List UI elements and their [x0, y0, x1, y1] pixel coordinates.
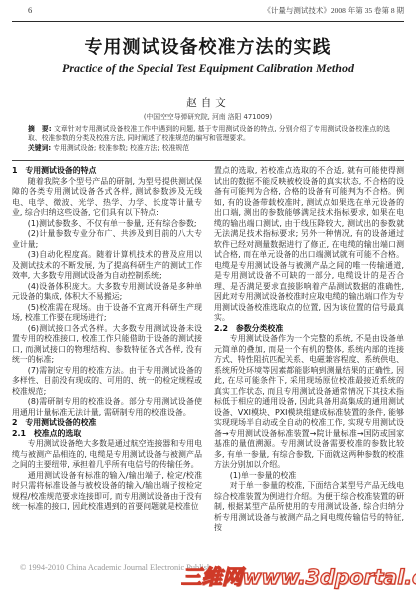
journal-info: 《计量与测试技术》2008 年第 35 卷第 8 期: [263, 5, 404, 16]
keywords-line: 关键词: 专用测试设备; 校准参数; 校准方法; 校准规范: [28, 144, 390, 153]
paragraph: 通用测试设备有标准的输入/输出端子, 检定/校准时只需将标准设备与被校设备的输入…: [12, 471, 202, 513]
list-item: (8)需研制专用的校准设备。部分专用测试设备使用通用计量标准无法计量, 需研制专…: [12, 397, 202, 418]
paragraph: 专用测试设备作为一个完整的系统, 不是由设备单元简单的叠加, 而是一个有机的整体…: [214, 334, 404, 471]
abstract-label: 摘 要:: [28, 125, 52, 133]
paragraph: 随着我院多个型号产品的研制, 为型号提供测试保障的各类专用测试设备各式各样, 测…: [12, 177, 202, 219]
section-heading: 2 专用测试设备的校准: [12, 418, 202, 429]
author-affiliation: (中国空空导弹研究院, 河南 洛阳 471009): [0, 111, 416, 121]
author-name: 赵自文: [0, 95, 416, 110]
article-body: 1 专用测试设备的特点 随着我院多个型号产品的研制, 为型号提供测试保障的各类专…: [12, 166, 404, 558]
abstract-block: 摘 要: 文章针对专用测试设备校准工作中遇到的问题, 基于专用测试设备的特点, …: [28, 125, 390, 154]
site-watermark: 三维网www.3dportal.cn: [181, 560, 416, 590]
list-item: (6)测试接口各式各样。大多数专用测试设备未设置专用的校准接口, 校准工作只能借…: [12, 324, 202, 366]
paper-title-en: Practice of the Special Test Equipment C…: [0, 61, 416, 76]
list-item: (7)需制定专用的校准方法。由于专用测试设备的多样性、目前没有现成的、可用的、统…: [12, 366, 202, 398]
list-item: (4)设备体积庞大。大多数专用测试设备是多种单元设备的集成, 体积大不易搬运;: [12, 282, 202, 303]
list-item: (1)单一参量的校准: [214, 471, 404, 482]
list-item: (2)计量参数专业分布广、共涉及到目前的八大专业计量;: [12, 229, 202, 250]
abstract-rule: [12, 160, 404, 161]
keywords-label: 关键词:: [28, 144, 51, 152]
paragraph: 对于单一参量的校准, 下面结合某型号产品无线电综合校准装置为例进行介绍。为便于综…: [214, 481, 404, 534]
right-column: 置点的选取, 若校准点选取的不合适, 就有可能使得测试出的数据不能反映被校设备的…: [214, 166, 404, 558]
paper-title-zh: 专用测试设备校准方法的实践: [0, 33, 416, 59]
page-number: 6: [12, 5, 32, 15]
list-item: (3)自动化程度高。随着计算机技术的普及应用以及测试技术的不断发展, 为了提高科…: [12, 250, 202, 282]
paragraph-continuation: 置点的选取, 若校准点选取的不合适, 就有可能使得测试出的数据不能反映被校设备的…: [214, 166, 404, 324]
subsection-heading: 2.2 参数分类校准: [214, 324, 404, 335]
left-column: 1 专用测试设备的特点 随着我院多个型号产品的研制, 为型号提供测试保障的各类专…: [12, 166, 202, 558]
keywords-text: 专用测试设备; 校准参数; 校准方法; 校准规范: [53, 144, 189, 152]
abstract-text: 文章针对专用测试设备校准工作中遇到的问题, 基于专用测试设备的特点, 分别介绍了…: [28, 125, 390, 142]
section-heading: 1 专用测试设备的特点: [12, 166, 202, 177]
paragraph: 专用测试设备绝大多数是通过航空连接器和专用电缆与被测产品相连的, 电缆是专用测试…: [12, 439, 202, 471]
page-header: 6 《计量与测试技术》2008 年第 35 卷第 8 期: [12, 5, 404, 16]
paper-page: 6 《计量与测试技术》2008 年第 35 卷第 8 期 专用测试设备校准方法的…: [0, 0, 416, 590]
header-rule: [12, 21, 404, 22]
list-item: (1)测试参数多、不仅有单一参量, 还有综合参数;: [12, 219, 202, 230]
list-item: (5)校准需在现场。由于设备不宜离开科研生产现场, 校准工作要在现场进行;: [12, 303, 202, 324]
abstract-line: 摘 要: 文章针对专用测试设备校准工作中遇到的问题, 基于专用测试设备的特点, …: [28, 125, 390, 144]
subsection-heading: 2.1 校准点的选取: [12, 429, 202, 440]
